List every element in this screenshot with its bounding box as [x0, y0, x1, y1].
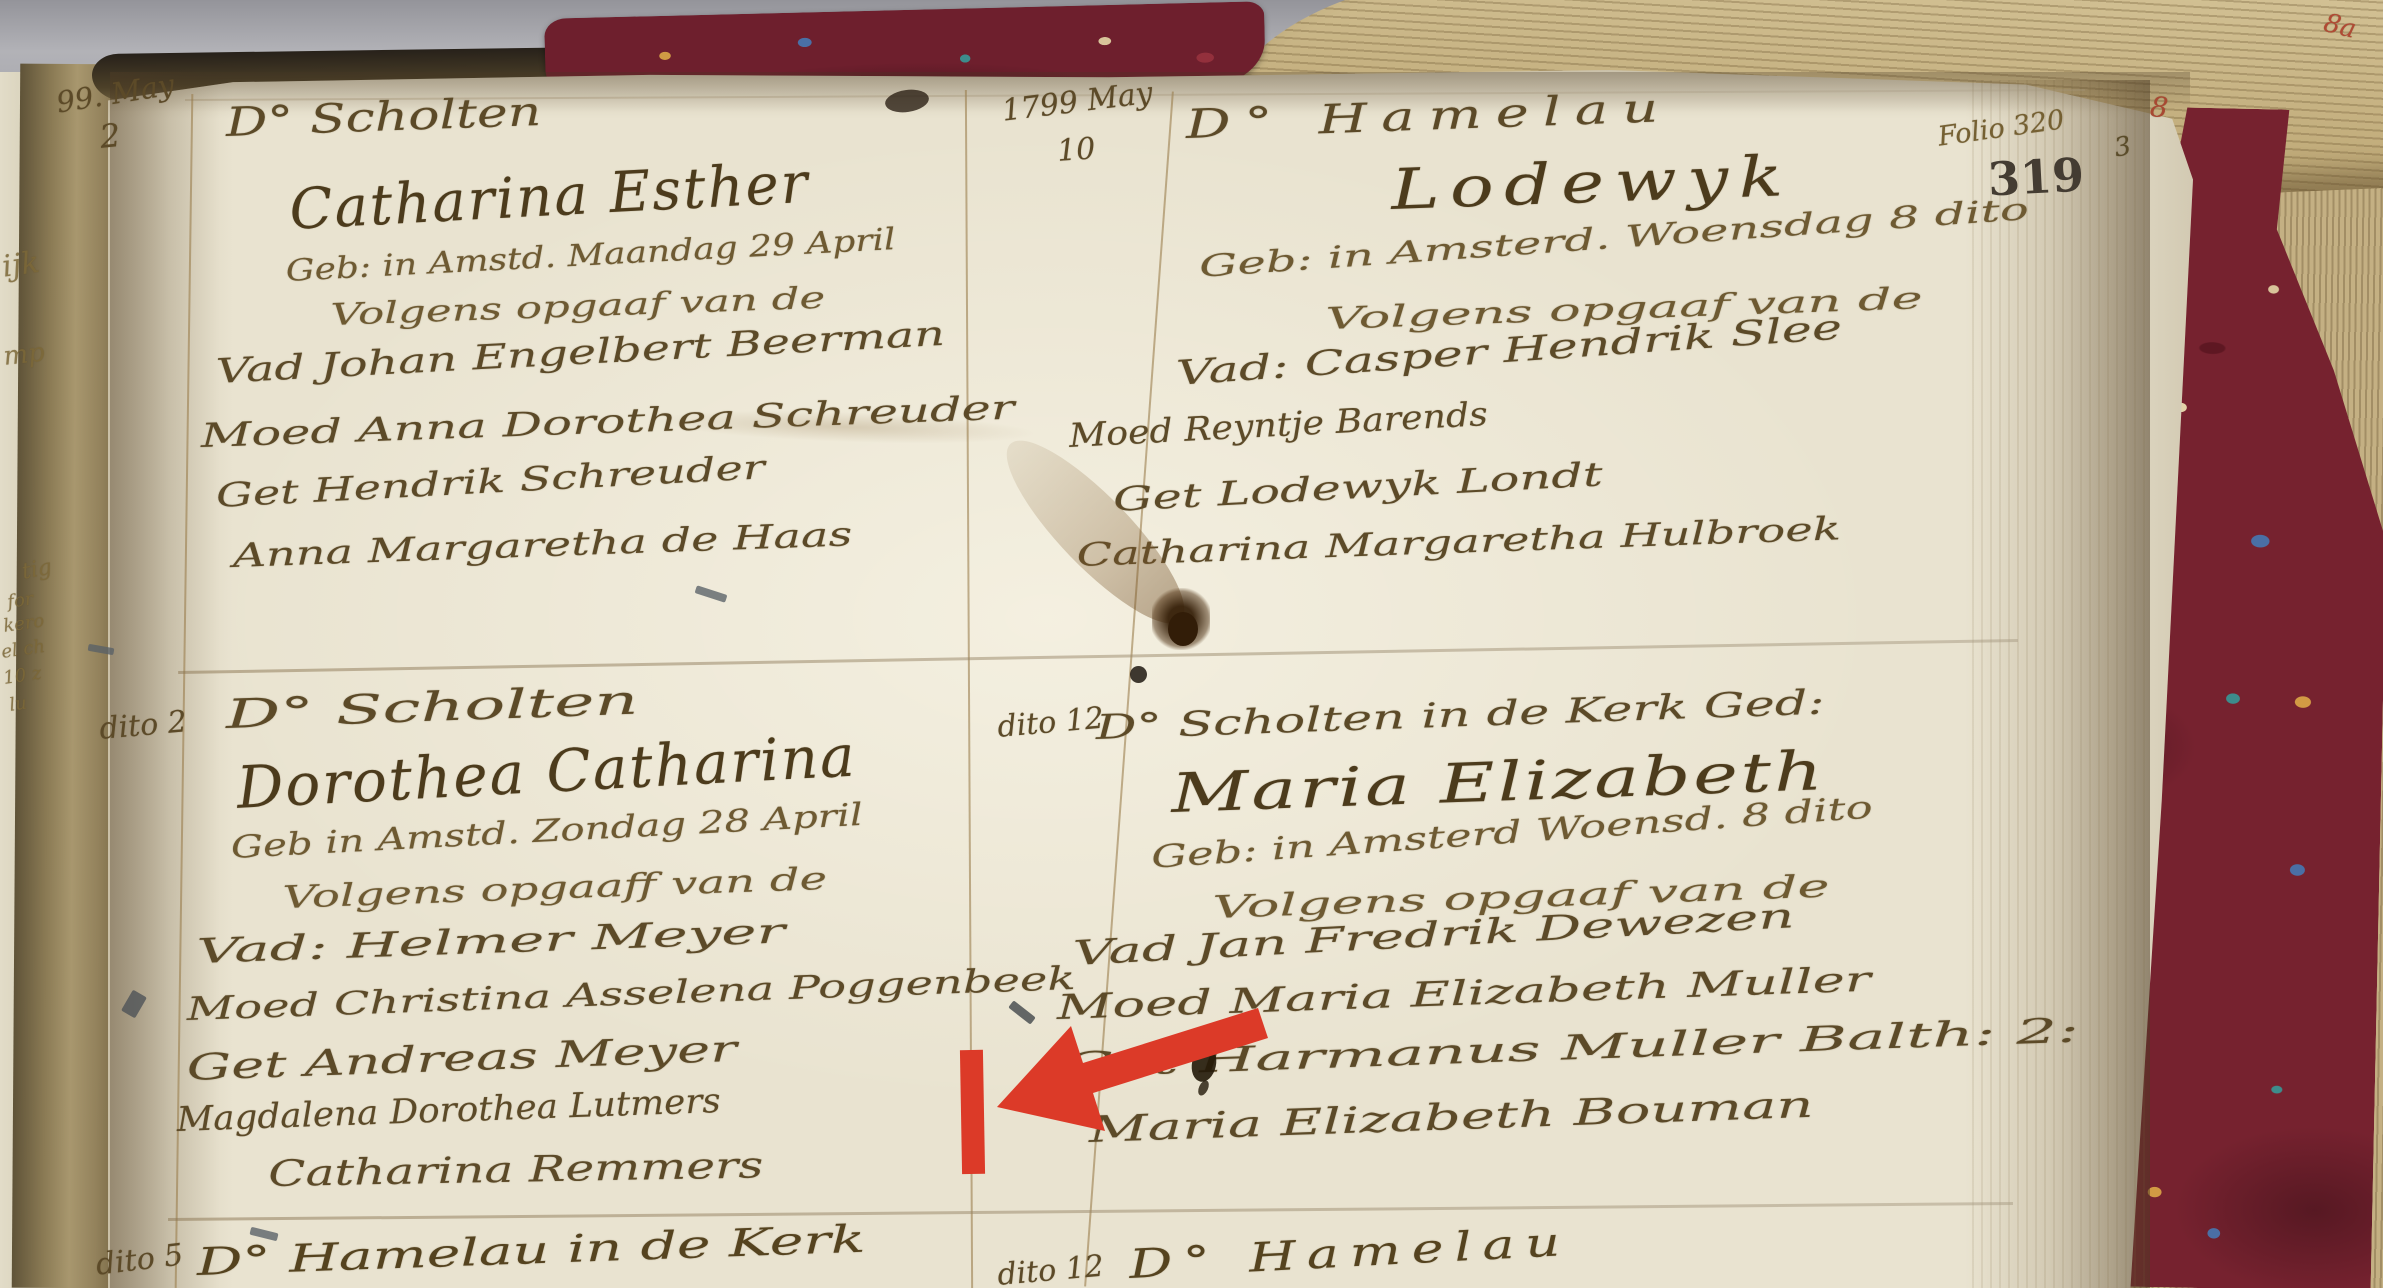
page-right-curl-shade	[1965, 80, 2150, 1288]
ink-blot	[1130, 666, 1147, 683]
entry-day: 2	[98, 116, 122, 156]
fragment-text: mp	[2, 338, 46, 372]
scanned-register-photo: ijk mp tig for kero el ch 10 z lu Folio …	[0, 0, 2383, 1288]
witness-line: Catharina Remmers	[268, 1145, 764, 1195]
fragment-text: tig	[20, 555, 54, 585]
fragment-text: lu	[8, 693, 28, 716]
edge-red-mark: 8	[2149, 90, 2170, 125]
fragment-text: for	[6, 588, 35, 612]
entry-day: 10	[1056, 131, 1097, 169]
fragment-text: ijk	[0, 245, 42, 285]
ink-stain-core	[1168, 612, 1198, 646]
